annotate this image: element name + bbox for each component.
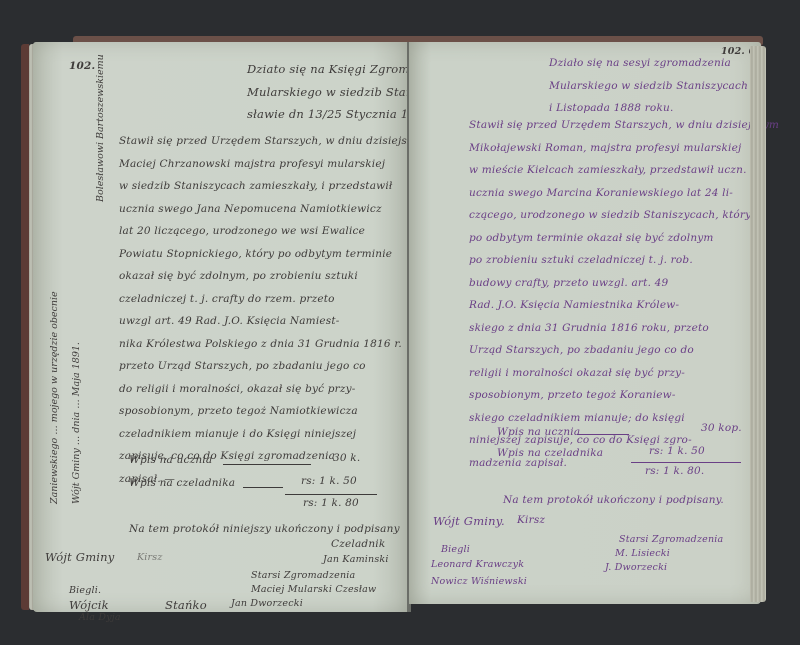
starsi-title: Starsi Zgromadzenia	[619, 534, 723, 545]
closing-line: Na tem protokół ukończony i podpisany.	[503, 494, 724, 506]
left-body: Stawił się przed Urzędem Starszych, w dn…	[119, 130, 429, 490]
starsi-name: J. Dworzecki	[605, 562, 667, 573]
header-line: Mularskiego w siedzib Staniszycach	[549, 75, 748, 98]
left-page: 102. Dziato się na Księgi Zgromadzenia M…	[33, 42, 409, 612]
right-page: 102. 6 Działo się na sesyi zgromadzenia …	[409, 42, 761, 604]
right-header: Działo się na sesyi zgromadzenia Mularsk…	[549, 52, 748, 120]
fee-amount: 30 kop.	[701, 422, 742, 434]
body-line: czeladnikiem mianuje i do Księgi niniejs…	[119, 423, 429, 446]
open-register-book: 102. Dziato się na Księgi Zgromadzenia M…	[33, 40, 758, 615]
margin-note-1: Bolesławowi Bartoszewskiemu	[95, 54, 106, 202]
body-line: czącego, urodzonego w siedzib Staniszyca…	[469, 204, 779, 227]
czeladnik-title: Czeladnik	[331, 538, 385, 550]
fee-total: rs: 1 k. 80	[303, 497, 359, 509]
body-line: po zrobieniu sztuki czeladniczej t. j. r…	[469, 249, 779, 272]
header-line: Działo się na sesyi zgromadzenia	[549, 52, 748, 75]
body-line: Mikołajewski Roman, majstra profesyi mul…	[469, 137, 779, 160]
fee-leader	[577, 434, 629, 435]
biegli-title: Biegli	[441, 544, 470, 555]
body-line: przeto Urząd Starszych, po zbadaniu jego…	[119, 355, 429, 378]
biegli-name: Ala Dyja	[79, 612, 121, 623]
margin-note-2: Zaniewskiego … mojego w urzędzie obecnie	[49, 291, 60, 504]
total-rule	[285, 494, 377, 495]
biegli-name: Nowicz Wiśniewski	[431, 576, 527, 587]
right-body: Stawił się przed Urzędem Starszych, w dn…	[469, 114, 779, 474]
fee-label: Wpis na czeladnika	[497, 447, 603, 459]
body-line: po odbytym terminie okazał się być zdoln…	[469, 227, 779, 250]
fee-label: Wpis na czeladnika	[129, 477, 235, 489]
biegli-name: Stańko	[165, 598, 207, 612]
body-line: nika Królestwa Polskiego z dnia 31 Grudn…	[119, 333, 429, 356]
wojt-label: Wójt Gminy.	[433, 514, 505, 528]
body-line: do religii i moralności, okazał się być …	[119, 378, 429, 401]
biegli-name: Wójcik	[69, 598, 109, 612]
body-line: ucznia swego Marcina Koraniewskiego lat …	[469, 182, 779, 205]
fee-label: Wpis na ucznia	[497, 426, 580, 438]
body-line: Urząd Starszych, po zbadaniu jego co do	[469, 339, 779, 362]
body-line: Stawił się przed Urzędem Starszych, w dn…	[469, 114, 779, 137]
body-line: budowy crafty, przeto uwzgl. art. 49	[469, 272, 779, 295]
wojt-label: Wójt Gminy	[45, 550, 114, 564]
body-line: Rad. J.O. Księcia Namiestnika Królew-	[469, 294, 779, 317]
body-line: sposobionym, przeto tegoż Koraniew-	[469, 384, 779, 407]
body-line: uwzgl art. 49 Rad. J.O. Księcia Namiest-	[119, 310, 429, 333]
body-line: okazał się być zdolnym, po zrobieniu szt…	[119, 265, 429, 288]
total-rule	[631, 462, 741, 463]
body-line: skiego z dnia 31 Grudnia 1816 roku, prze…	[469, 317, 779, 340]
body-line: Powiatu Stopnickiego, który po odbytym t…	[119, 243, 429, 266]
starsi-name: Maciej Mularski Czesław	[251, 584, 376, 595]
body-line: czeladniczej t. j. crafty do rzem. przet…	[119, 288, 429, 311]
body-line: w siedzib Staniszycach zamieszkały, i pr…	[119, 175, 429, 198]
body-line: lat 20 liczącego, urodzonego we wsi Ewal…	[119, 220, 429, 243]
body-line: w mieście Kielcach zamieszkały, przedsta…	[469, 159, 779, 182]
fee-amount: rs: 1 k. 50	[301, 475, 357, 487]
closing-line: Na tem protokół niniejszy ukończony i po…	[129, 523, 400, 535]
margin-note-3: Wójt Gminy … dnia … Maja 1891.	[71, 342, 82, 504]
body-line: Stawił się przed Urzędem Starszych, w dn…	[119, 130, 429, 153]
fee-leader	[223, 464, 311, 465]
biegli-name: Leonard Krawczyk	[431, 559, 524, 570]
wojt-signature: Kirsz	[137, 552, 163, 563]
body-line: religii i moralności okazał się być przy…	[469, 362, 779, 385]
czeladnik-name: Jan Kaminski	[323, 554, 389, 565]
fee-amount: 30 k.	[333, 452, 360, 464]
fee-total: rs: 1 k. 80.	[645, 465, 704, 477]
starsi-name: Jan Dworzecki	[231, 598, 303, 609]
fee-leader	[243, 487, 283, 488]
biegli-title: Biegli.	[69, 585, 101, 596]
fee-amount: rs: 1 k. 50	[649, 445, 705, 457]
starsi-name: M. Lisiecki	[615, 548, 670, 559]
wojt-signature: Kirsz	[517, 514, 545, 526]
starsi-title: Starsi Zgromadzenia	[251, 570, 355, 581]
body-line: ucznia swego Jana Nepomucena Namiotkiewi…	[119, 198, 429, 221]
fee-label: Wpis na ucznia	[129, 454, 212, 466]
left-page-number: 102.	[69, 60, 95, 72]
body-line: Maciej Chrzanowski majstra profesyi mula…	[119, 153, 429, 176]
right-page-stack	[750, 46, 766, 602]
body-line: sposobionym, przeto tegoż Namiotkiewicza	[119, 400, 429, 423]
